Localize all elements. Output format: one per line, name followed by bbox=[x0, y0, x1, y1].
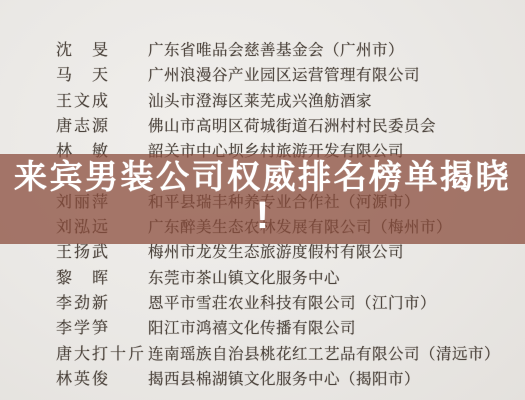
person-name: 唐大打十斤 bbox=[56, 342, 146, 367]
list-item: 王文成 汕头市澄海区莱芜成兴渔舫酒家 bbox=[0, 89, 525, 114]
overlay-banner: 来宾男装公司权威排名榜单揭晓 ! bbox=[0, 154, 525, 244]
org-name: 广州浪漫谷产业园区运营管理有限公司 bbox=[148, 63, 420, 88]
person-name: 马 天 bbox=[56, 63, 110, 88]
person-name: 林英俊 bbox=[56, 367, 110, 392]
person-name: 王文成 bbox=[56, 89, 110, 114]
org-name: 广东省唯品会慈善基金会（广州市） bbox=[148, 38, 404, 63]
list-item: 王扬武 梅州市龙发生态旅游度假村有限公司 bbox=[0, 240, 525, 265]
person-name: 沈 旻 bbox=[56, 38, 110, 63]
document-page: 沈 旻 广东省唯品会慈善基金会（广州市） 马 天 广州浪漫谷产业园区运营管理有限… bbox=[0, 0, 525, 400]
org-name: 揭西县棉湖镇文化服务中心（揭阳市） bbox=[148, 367, 420, 392]
list-item: 马 天 广州浪漫谷产业园区运营管理有限公司 bbox=[0, 63, 525, 88]
list-item: 唐大打十斤 连南瑶族自治县桃花红工艺品有限公司（清远市） bbox=[0, 342, 525, 367]
org-name: 连南瑶族自治县桃花红工艺品有限公司（清远市） bbox=[148, 342, 500, 367]
list-item: 李劲新 恩平市雪荘农业科技有限公司（江门市） bbox=[0, 291, 525, 316]
person-name: 李劲新 bbox=[56, 291, 110, 316]
org-name: 阳江市鸿禧文化传播有限公司 bbox=[148, 316, 356, 341]
person-name: 黎 晖 bbox=[56, 266, 110, 291]
list-item: 沈 旻 广东省唯品会慈善基金会（广州市） bbox=[0, 38, 525, 63]
list-item: 林英俊 揭西县棉湖镇文化服务中心（揭阳市） bbox=[0, 367, 525, 392]
banner-headline: 来宾男装公司权威排名榜单揭晓 bbox=[14, 159, 511, 195]
list-item: 李学笋 阳江市鸿禧文化传播有限公司 bbox=[0, 316, 525, 341]
org-name: 东莞市茶山镇文化服务中心 bbox=[148, 266, 340, 291]
person-name: 王扬武 bbox=[56, 240, 110, 265]
org-name: 佛山市高明区荷城街道石洲村村民委员会 bbox=[148, 114, 436, 139]
person-name: 李学笋 bbox=[56, 316, 110, 341]
person-name: 唐志源 bbox=[56, 114, 110, 139]
list-item: 黎 晖 东莞市茶山镇文化服务中心 bbox=[0, 266, 525, 291]
banner-exclamation: ! bbox=[256, 199, 269, 233]
org-name: 恩平市雪荘农业科技有限公司（江门市） bbox=[148, 291, 436, 316]
org-name: 梅州市龙发生态旅游度假村有限公司 bbox=[148, 240, 404, 265]
org-name: 汕头市澄海区莱芜成兴渔舫酒家 bbox=[148, 89, 372, 114]
list-item: 唐志源 佛山市高明区荷城街道石洲村村民委员会 bbox=[0, 114, 525, 139]
